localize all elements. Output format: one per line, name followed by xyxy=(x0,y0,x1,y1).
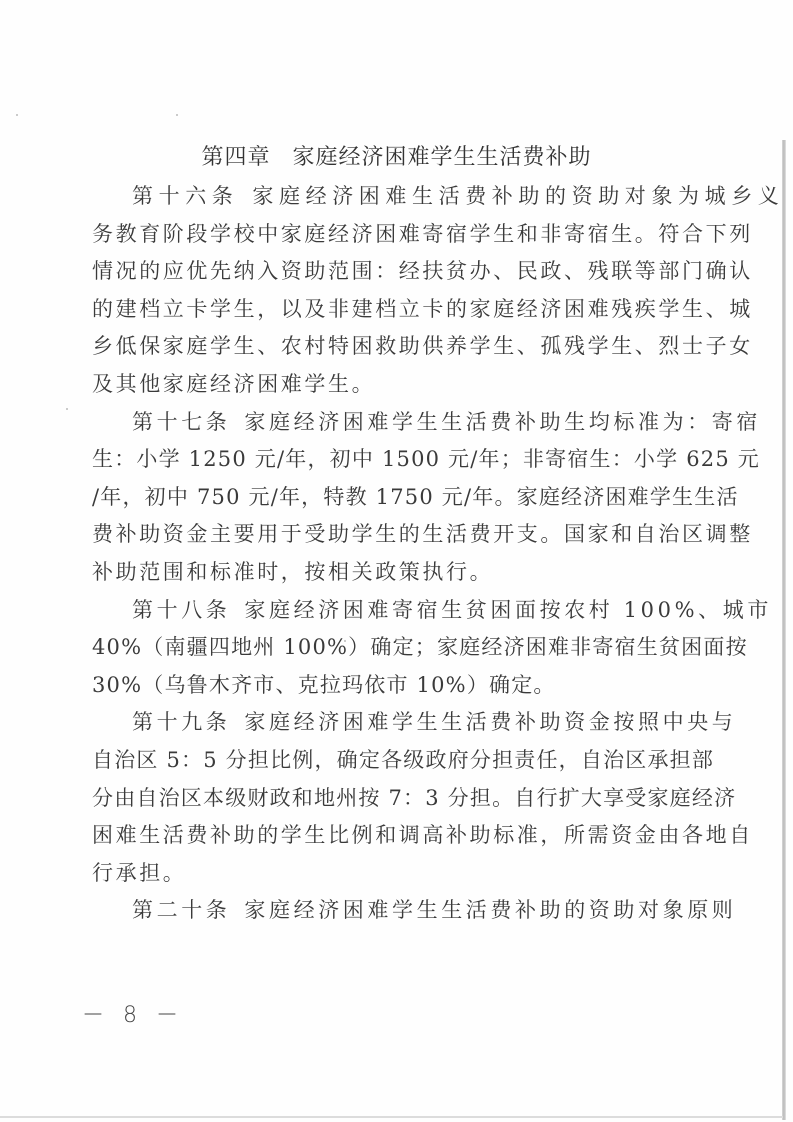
article-17-line-4: 费补助资金主要用于受助学生的生活费开支。国家和自治区调整 xyxy=(92,516,688,554)
article-20-line-1: 第二十条家庭经济困难学生生活费补助的资助对象原则 xyxy=(92,892,688,930)
article-number: 第十九条 xyxy=(132,710,230,734)
article-number: 第十八条 xyxy=(132,598,230,622)
article-16-line-2: 务教育阶段学校中家庭经济困难寄宿学生和非寄宿生。符合下列 xyxy=(92,216,688,254)
article-17-line-3: /年，初中 750 元/年，特教 1750 元/年。家庭经济困难学生生活 xyxy=(92,479,688,517)
article-18-line-1: 第十八条家庭经济困难寄宿生贫困面按农村 100%、城市 xyxy=(92,592,688,630)
article-17-line-2: 生：小学 1250 元/年，初中 1500 元/年；非寄宿生：小学 625 元 xyxy=(92,441,688,479)
article-16-line-5: 乡低保家庭学生、农村特困救助供养学生、孤残学生、烈士子女 xyxy=(92,328,688,366)
chapter-title: 第四章家庭经济困难学生生活费补助 xyxy=(0,142,793,174)
article-16-line-4: 的建档立卡学生，以及非建档立卡的家庭经济困难残疾学生、城 xyxy=(92,291,688,329)
page-number: － 8 － xyxy=(82,998,184,1029)
chapter-number: 第四章 xyxy=(201,145,270,170)
article-16-line-3: 情况的应优先纳入资助范围：经扶贫办、民政、残联等部门确认 xyxy=(92,253,688,291)
article-number: 第二十条 xyxy=(132,898,230,922)
article-19-line-4: 困难生活费补助的学生比例和调高补助标准，所需资金由各地自 xyxy=(92,817,688,855)
scan-right-edge xyxy=(782,140,786,1120)
article-19-line-1: 第十九条家庭经济困难学生生活费补助资金按照中央与 xyxy=(92,704,688,742)
article-17-line-5: 补助范围和标准时，按相关政策执行。 xyxy=(92,554,688,592)
scan-speck xyxy=(66,408,68,410)
scan-bottom-edge xyxy=(0,1116,783,1118)
article-number: 第十七条 xyxy=(132,410,230,434)
document-body: 第十六条家庭经济困难生活费补助的资助对象为城乡义 务教育阶段学校中家庭经济困难寄… xyxy=(92,178,688,930)
article-16-line-6: 及其他家庭经济困难学生。 xyxy=(92,366,688,404)
document-page: 第四章家庭经济困难学生生活费补助 第十六条家庭经济困难生活费补助的资助对象为城乡… xyxy=(0,0,793,1122)
scan-speck xyxy=(176,114,178,116)
chapter-heading: 家庭经济困难学生生活费补助 xyxy=(293,145,592,170)
article-18-line-2: 40%（南疆四地州 100%）确定；家庭经济困难非寄宿生贫困面按 xyxy=(92,629,688,667)
article-19-line-2: 自治区 5：5 分担比例，确定各级政府分担责任，自治区承担部 xyxy=(92,742,688,780)
article-17-line-1: 第十七条家庭经济困难学生生活费补助生均标准为：寄宿 xyxy=(92,404,688,442)
scan-speck xyxy=(16,114,18,116)
article-16-line-1: 第十六条家庭经济困难生活费补助的资助对象为城乡义 xyxy=(92,178,688,216)
article-19-line-5: 行承担。 xyxy=(92,855,688,893)
article-18-line-3: 30%（乌鲁木齐市、克拉玛依市 10%）确定。 xyxy=(92,667,688,705)
article-19-line-3: 分由自治区本级财政和地州按 7：3 分担。自行扩大享受家庭经济 xyxy=(92,780,688,818)
article-number: 第十六条 xyxy=(132,184,238,208)
